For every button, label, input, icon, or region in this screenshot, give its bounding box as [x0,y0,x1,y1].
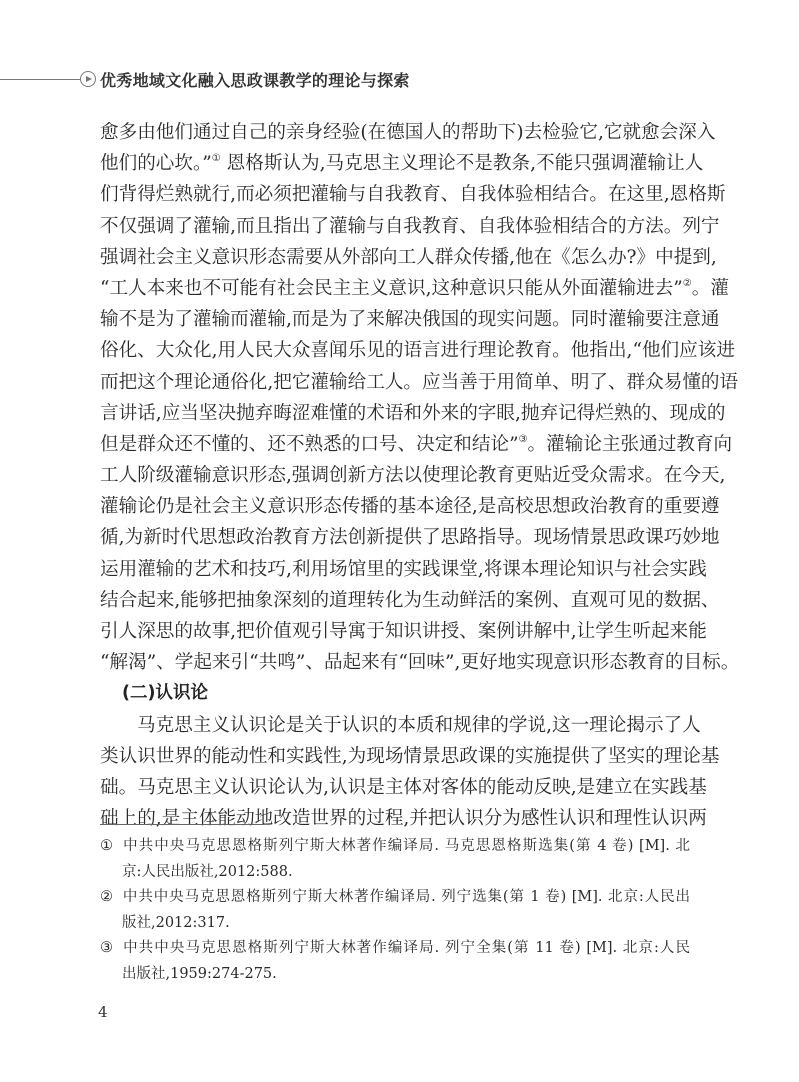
text-line: 础上的,是主体能动地改造世界的过程,并把认识分为感性认识和理性认识两 [100,803,690,834]
line-text: 不仅强调了灌输,而且指出了灌输与自我教育、自我体验相结合的方法。列宁 [100,216,720,237]
line-text: 他们的心坎。” [100,153,212,174]
header-rule [0,79,80,80]
paragraph-inculcation: 愈多由他们通过自己的亲身经验(在德国人的帮助下)去检验它,它就愈会深入他们的心坎… [100,117,690,678]
footnotes: ①中共中央马克思恩格斯列宁斯大林著作编译局. 马克思恩格斯选集(第 4 卷) [… [100,834,690,987]
line-text: 。灌输论主张通过教育向 [528,434,733,455]
text-line: 俗化、大众化,用人民大众喜闻乐见的语言进行理论教育。他指出,“他们应该进 [100,335,690,366]
line-text: 言讲话,应当坚决抛弃晦涩难懂的术语和外来的字眼,抛弃记得烂熟的、现成的 [100,403,725,424]
line-text: 础上的,是主体能动地改造世界的过程,并把认识分为感性认识和理性认识两 [100,808,707,829]
line-text: 马克思主义认识论是关于认识的本质和规律的学说,这一理论揭示了人 [137,715,701,736]
book-title: 优秀地域文化融入思政课教学的理论与探索 [100,68,410,91]
line-text: “工人本来也不可能有社会民主主义意识,这种意识只能从外面灌输进去” [100,278,683,299]
text-line: 循,为新时代思想政治教育方法创新提供了思路指导。现场情景思政课巧妙地 [100,522,690,553]
footnote-ref[interactable]: ② [683,278,692,289]
footnote-divider [100,824,264,825]
text-line: 们背得烂熟就行,而必须把灌输与自我教育、自我体验相结合。在这里,恩格斯 [100,179,690,210]
text-line: 结合起来,能够把抽象深刻的道理转化为生动鲜活的案例、直观可见的数据、 [100,585,690,616]
line-text: 灌输论仍是社会主义意识形态传播的基本途径,是高校思想政治教育的重要遵 [100,496,720,517]
text-line: 不仅强调了灌输,而且指出了灌输与自我教育、自我体验相结合的方法。列宁 [100,211,690,242]
running-header: 优秀地域文化融入思政课教学的理论与探索 [0,68,799,92]
footnote-number: ① [100,834,122,860]
text-line: 但是群众还不懂的、还不熟悉的口号、决定和结论”③。灌输论主张通过教育向 [100,429,690,460]
text-line: 引人深思的故事,把价值观引导寓于知识讲授、案例讲解中,让学生听起来能 [100,616,690,647]
text-line: 输不是为了灌输而灌输,而是为了来解决俄国的现实问题。同时灌输要注意通 [100,304,690,335]
page-number: 4 [98,1003,108,1021]
text-line: 运用灌输的艺术和技巧,利用场馆里的实践课堂,将课本理论知识与社会实践 [100,554,690,585]
footnote-text-continued: 版社,2012:317. [100,911,690,937]
paragraph-epistemology: 马克思主义认识论是关于认识的本质和规律的学说,这一理论揭示了人类认识世界的能动性… [100,710,690,835]
line-text: 工人阶级灌输意识形态,强调创新方法以使理论教育更贴近受众需求。在今天, [100,465,725,486]
footnote-number: ③ [100,936,122,962]
footnote-text-continued: 出版社,1959:274-275. [100,962,690,988]
text-line: 类认识世界的能动性和实践性,为现场情景思政课的实施提供了坚实的理论基 [100,741,690,772]
footnote-ref[interactable]: ① [212,153,221,164]
text-line: 灌输论仍是社会主义意识形态传播的基本途径,是高校思想政治教育的重要遵 [100,491,690,522]
text-line: “解渴”、学起来引“共鸣”、品起来有“回味”,更好地实现意识形态教育的目标。 [100,647,690,678]
line-text: 引人深思的故事,把价值观引导寓于知识讲授、案例讲解中,让学生听起来能 [100,621,707,642]
line-text: 输不是为了灌输而灌输,而是为了来解决俄国的现实问题。同时灌输要注意通 [100,309,720,330]
footnote-item: ①中共中央马克思恩格斯列宁斯大林著作编译局. 马克思恩格斯选集(第 4 卷) [… [100,834,690,860]
text-line: 他们的心坎。”① 恩格斯认为,马克思主义理论不是教条,不能只强调灌输让人 [100,148,690,179]
text-line: 马克思主义认识论是关于认识的本质和规律的学说,这一理论揭示了人 [100,710,690,741]
line-text: 结合起来,能够把抽象深刻的道理转化为生动鲜活的案例、直观可见的数据、 [100,590,720,611]
footnote-number: ② [100,885,122,911]
line-text: 础。马克思主义认识论认为,认识是主体对客体的能动反映,是建立在实践基 [100,777,707,798]
line-text: 俗化、大众化,用人民大众喜闻乐见的语言进行理论教育。他指出,“他们应该进 [100,340,735,361]
play-circle-icon [80,71,96,87]
line-text: 强调社会主义意识形态需要从外部向工人群众传播,他在《怎么办?》中提到, [100,247,717,268]
text-line: 愈多由他们通过自己的亲身经验(在德国人的帮助下)去检验它,它就愈会深入 [100,117,690,148]
text-line: 言讲话,应当坚决抛弃晦涩难懂的术语和外来的字眼,抛弃记得烂熟的、现成的 [100,398,690,429]
text-line: 工人阶级灌输意识形态,强调创新方法以使理论教育更贴近受众需求。在今天, [100,460,690,491]
line-text: 恩格斯认为,马克思主义理论不是教条,不能只强调灌输让人 [221,153,704,174]
section-heading: (二)认识论 [100,678,690,709]
footnote-text: 中共中央马克思恩格斯列宁斯大林著作编译局. 马克思恩格斯选集(第 4 卷) [M… [122,838,690,854]
line-text: 运用灌输的艺术和技巧,利用场馆里的实践课堂,将课本理论知识与社会实践 [100,559,707,580]
footnote-ref[interactable]: ③ [519,434,528,445]
line-text: 类认识世界的能动性和实践性,为现场情景思政课的实施提供了坚实的理论基 [100,746,720,767]
footnote-text: 中共中央马克思恩格斯列宁斯大林著作编译局. 列宁选集(第 1 卷) [M]. 北… [122,889,690,905]
line-text: 但是群众还不懂的、还不熟悉的口号、决定和结论” [100,434,519,455]
text-line: “工人本来也不可能有社会民主主义意识,这种意识只能从外面灌输进去”②。灌 [100,273,690,304]
line-text: “解渴”、学起来引“共鸣”、品起来有“回味”,更好地实现意识形态教育的目标。 [100,652,739,673]
text-line: 强调社会主义意识形态需要从外部向工人群众传播,他在《怎么办?》中提到, [100,242,690,273]
line-text: 愈多由他们通过自己的亲身经验(在德国人的帮助下)去检验它,它就愈会深入 [100,122,715,143]
line-text: 们背得烂熟就行,而必须把灌输与自我教育、自我体验相结合。在这里,恩格斯 [100,184,725,205]
line-text: 循,为新时代思想政治教育方法创新提供了思路指导。现场情景思政课巧妙地 [100,527,720,548]
footnote-item: ②中共中央马克思恩格斯列宁斯大林著作编译局. 列宁选集(第 1 卷) [M]. … [100,885,690,911]
footnote-text: 中共中央马克思恩格斯列宁斯大林著作编译局. 列宁全集(第 11 卷) [M]. … [122,940,690,956]
text-line: 础。马克思主义认识论认为,认识是主体对客体的能动反映,是建立在实践基 [100,772,690,803]
main-text: 愈多由他们通过自己的亲身经验(在德国人的帮助下)去检验它,它就愈会深入他们的心坎… [100,117,690,834]
line-text: 。灌 [692,278,729,299]
footnote-item: ③中共中央马克思恩格斯列宁斯大林著作编译局. 列宁全集(第 11 卷) [M].… [100,936,690,962]
footnote-text-continued: 京:人民出版社,2012:588. [100,860,690,886]
text-line: 而把这个理论通俗化,把它灌输给工人。应当善于用简单、明了、群众易懂的语 [100,367,690,398]
line-text: 而把这个理论通俗化,把它灌输给工人。应当善于用简单、明了、群众易懂的语 [100,372,738,393]
